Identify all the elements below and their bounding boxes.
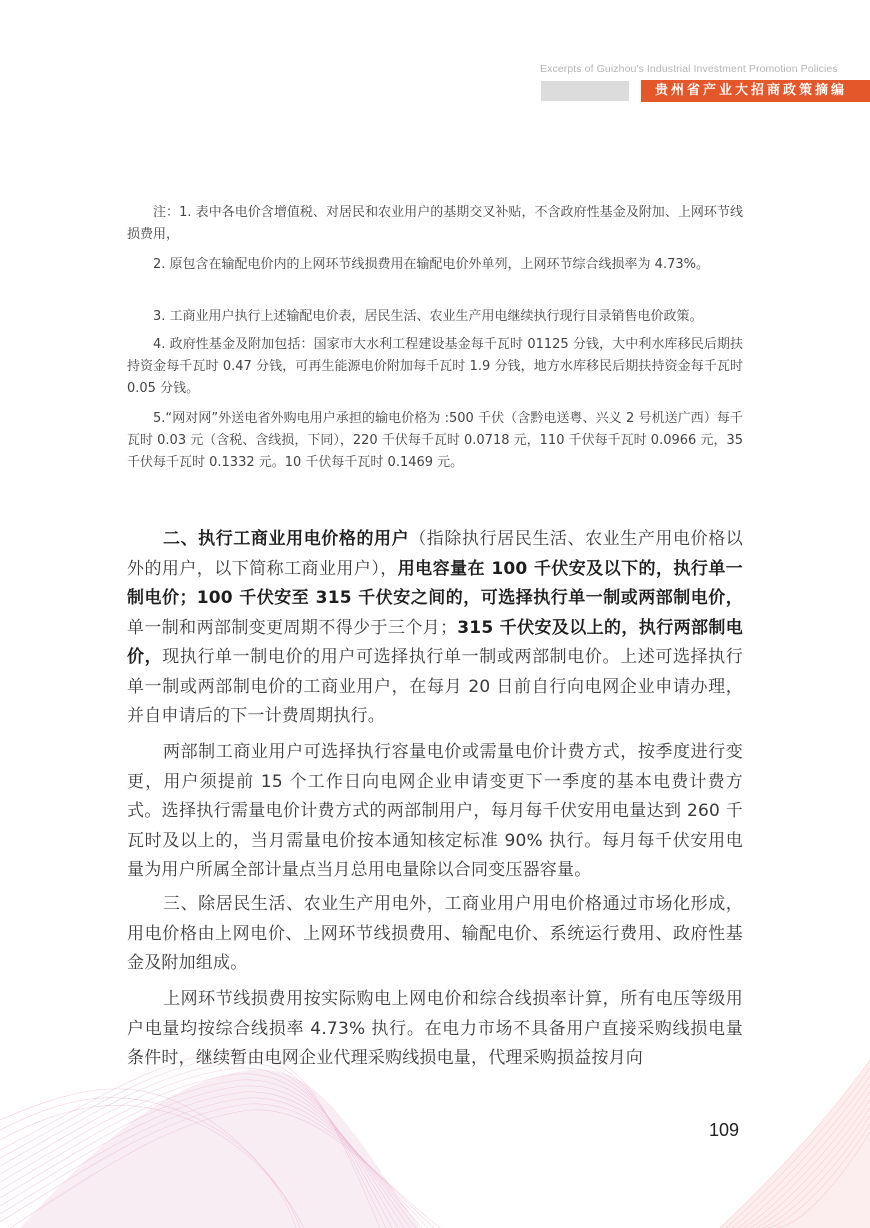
page-number: 109: [709, 1120, 739, 1141]
section-two-bold-1: 二、执行工商业用电价格的用户: [163, 529, 409, 549]
note-1: 注：1. 表中各电价含增值税、对居民和农业用户的基期交叉补贴，不含政府性基金及附…: [127, 202, 743, 246]
header-chinese-title: 贵州省产业大招商政策摘编: [641, 80, 870, 102]
note-5: 5.“网对网”外送电省外购电用户承担的输电价格为 :500 千伏（含黔电送粤、兴…: [127, 408, 743, 474]
header-english-title: Excerpts of Guizhou's Industrial Investm…: [540, 63, 840, 75]
note-4: 4. 政府性基金及附加包括：国家市大水利工程建设基金每千瓦时 01125 分钱，…: [127, 334, 743, 400]
two-part-pricing-paragraph: 两部制工商业用户可选择执行容量电价或需量电价计费方式，按季度进行变更，用户须提前…: [127, 738, 743, 886]
line-loss-paragraph: 上网环节线损费用按实际购电上网电价和综合线损率计算，所有电压等级用户电量均按综合…: [127, 985, 743, 1074]
header-gray-bar: [541, 81, 629, 101]
note-3: 3. 工商业用户执行上述输配电价表，居民生活、农业生产用电继续执行现行目录销售电…: [127, 306, 743, 328]
section-three-paragraph: 三、除居民生活、农业生产用电外，工商业用户用电价格通过市场化形成，用电价格由上网…: [127, 890, 743, 979]
section-two-normal-2: 单一制和两部制变更周期不得少于三个月；: [127, 618, 457, 638]
section-two-normal-3: 现执行单一制电价的用户可选择执行单一制或两部制电价。上述可选择执行单一制或两部制…: [127, 647, 743, 726]
section-two-paragraph: 二、执行工商业用电价格的用户（指除执行居民生活、农业生产用电价格以外的用户，以下…: [127, 525, 743, 732]
note-2: 2. 原包含在输配电价内的上网环节线损费用在输配电价外单列，上网环节综合线损率为…: [127, 254, 743, 276]
